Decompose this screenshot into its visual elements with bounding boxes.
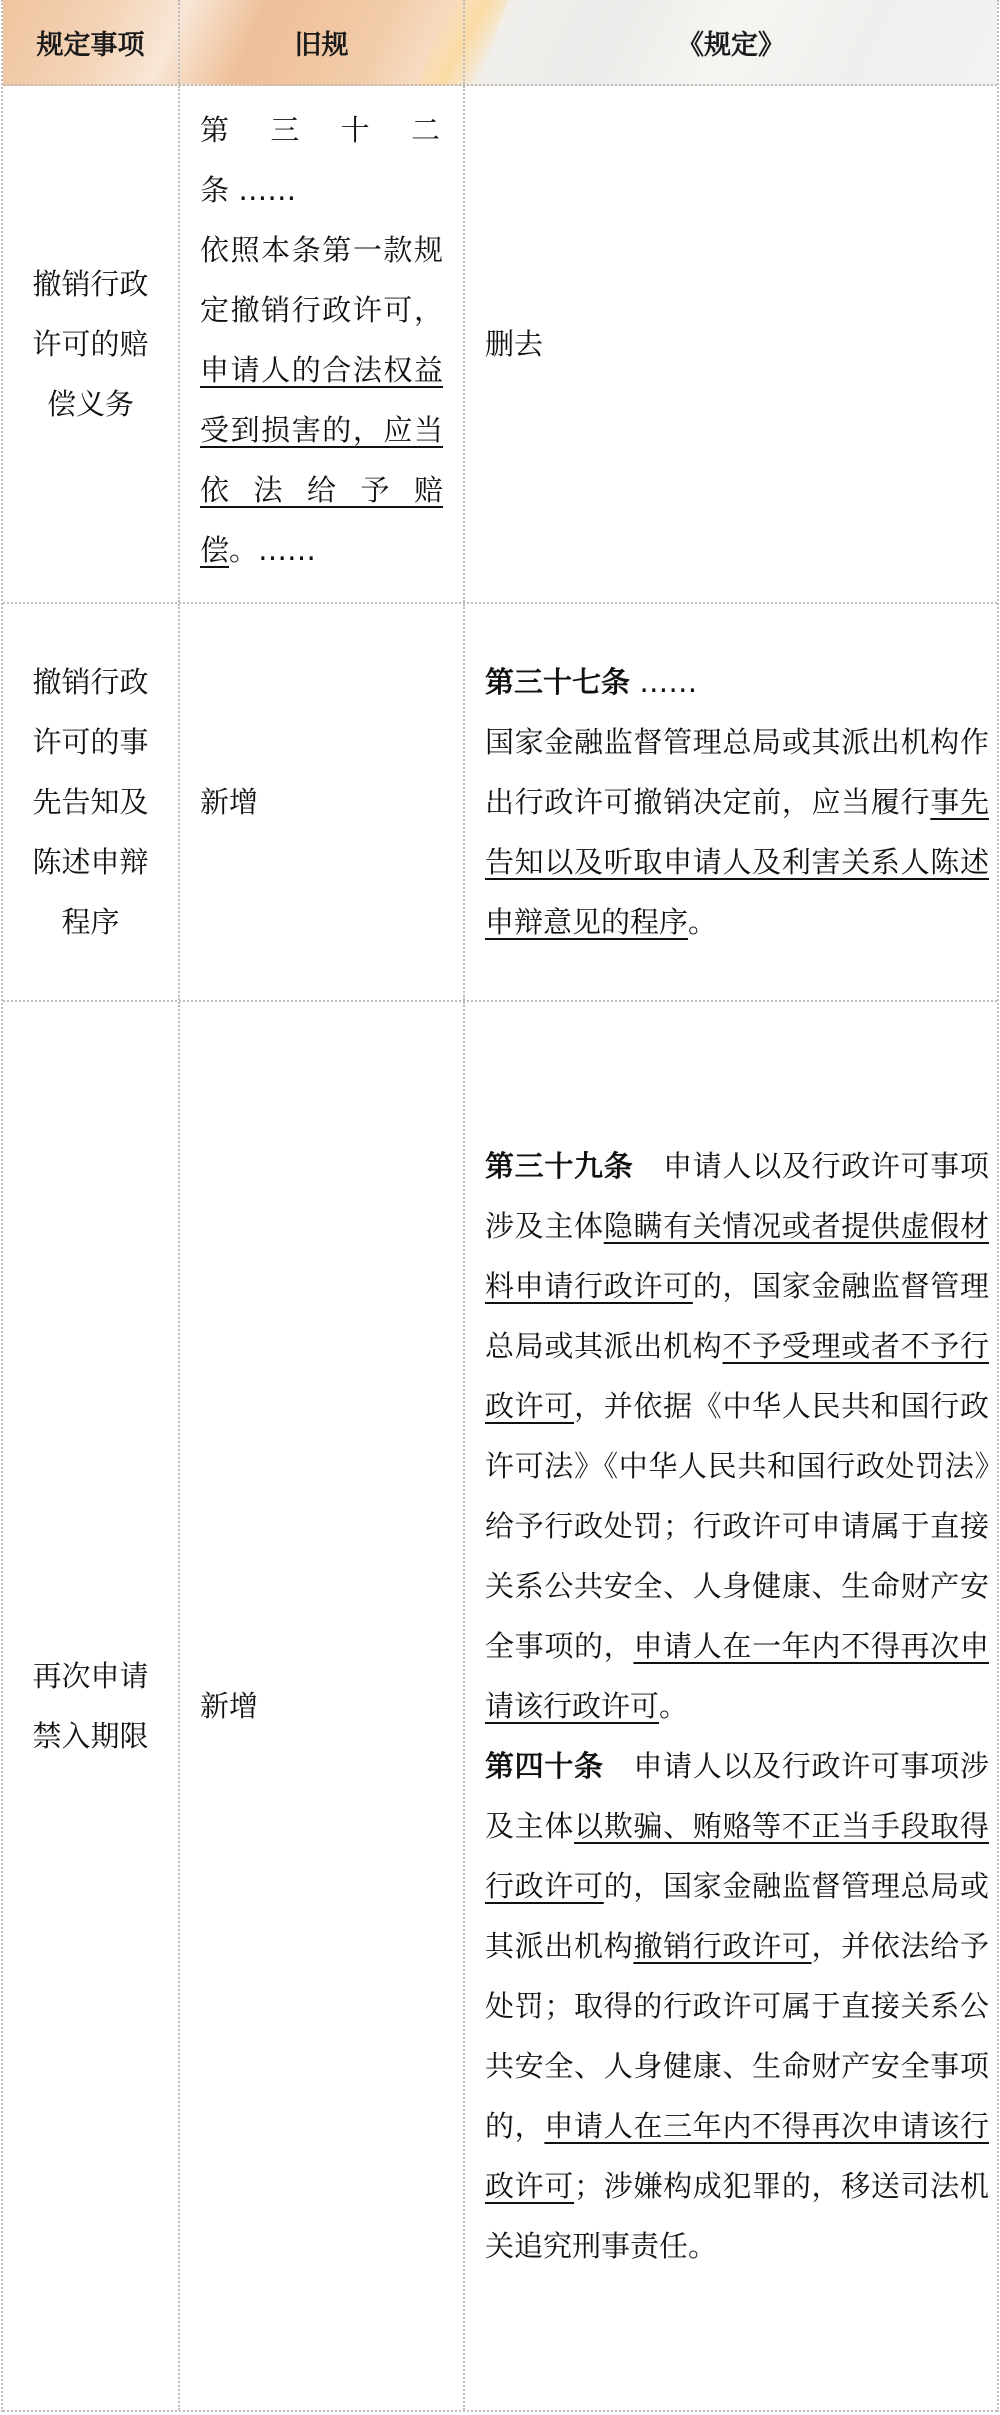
header-new-rule: 《规定》 [465, 0, 997, 84]
old-article: 第三十二条 …… [200, 100, 443, 220]
header-old-rule: 旧规 [180, 0, 465, 84]
table-row: 撤销行政许可的赔偿义务 第三十二条 …… 依照本条第一款规定撤销行政许可，申请人… [3, 86, 997, 604]
new-article: 第三十七条 …… [485, 652, 989, 712]
new-text: 国家金融监督管理总局或其派出机构作出行政许可撤销决定前，应当履行事先告知以及听取… [485, 712, 989, 952]
header-item: 规定事项 [3, 0, 180, 84]
row-item: 撤销行政许可的赔偿义务 [3, 86, 180, 602]
row-item: 再次申请禁入期限 [3, 1002, 180, 2410]
table-row: 再次申请禁入期限 新增 第三十九条 申请人以及行政许可事项涉及主体隐瞒有关情况或… [3, 1002, 997, 2412]
article-40: 第四十条 申请人以及行政许可事项涉及主体以欺骗、贿赂等不正当手段取得行政许可的，… [485, 1736, 989, 2276]
table-header: 规定事项 旧规 《规定》 [3, 0, 997, 86]
row-new: 第三十七条 …… 国家金融监督管理总局或其派出机构作出行政许可撤销决定前，应当履… [465, 604, 997, 1000]
row-old: 第三十二条 …… 依照本条第一款规定撤销行政许可，申请人的合法权益受到损害的，应… [180, 86, 465, 602]
row-item: 撤销行政许可的事先告知及陈述申辩程序 [3, 604, 180, 1000]
row-old: 新增 [180, 1002, 465, 2410]
comparison-table: 规定事项 旧规 《规定》 撤销行政许可的赔偿义务 第三十二条 …… 依照本条第一… [1, 0, 999, 2412]
row-new: 删去 [465, 86, 997, 602]
table-row: 撤销行政许可的事先告知及陈述申辩程序 新增 第三十七条 …… 国家金融监督管理总… [3, 604, 997, 1002]
row-new: 第三十九条 申请人以及行政许可事项涉及主体隐瞒有关情况或者提供虚假材料申请行政许… [465, 1002, 997, 2410]
old-text: 依照本条第一款规定撤销行政许可，申请人的合法权益受到损害的，应当依法给予赔偿。…… [200, 220, 443, 580]
row-old: 新增 [180, 604, 465, 1000]
new-text: 删去 [485, 314, 989, 374]
article-39: 第三十九条 申请人以及行政许可事项涉及主体隐瞒有关情况或者提供虚假材料申请行政许… [485, 1136, 989, 1736]
